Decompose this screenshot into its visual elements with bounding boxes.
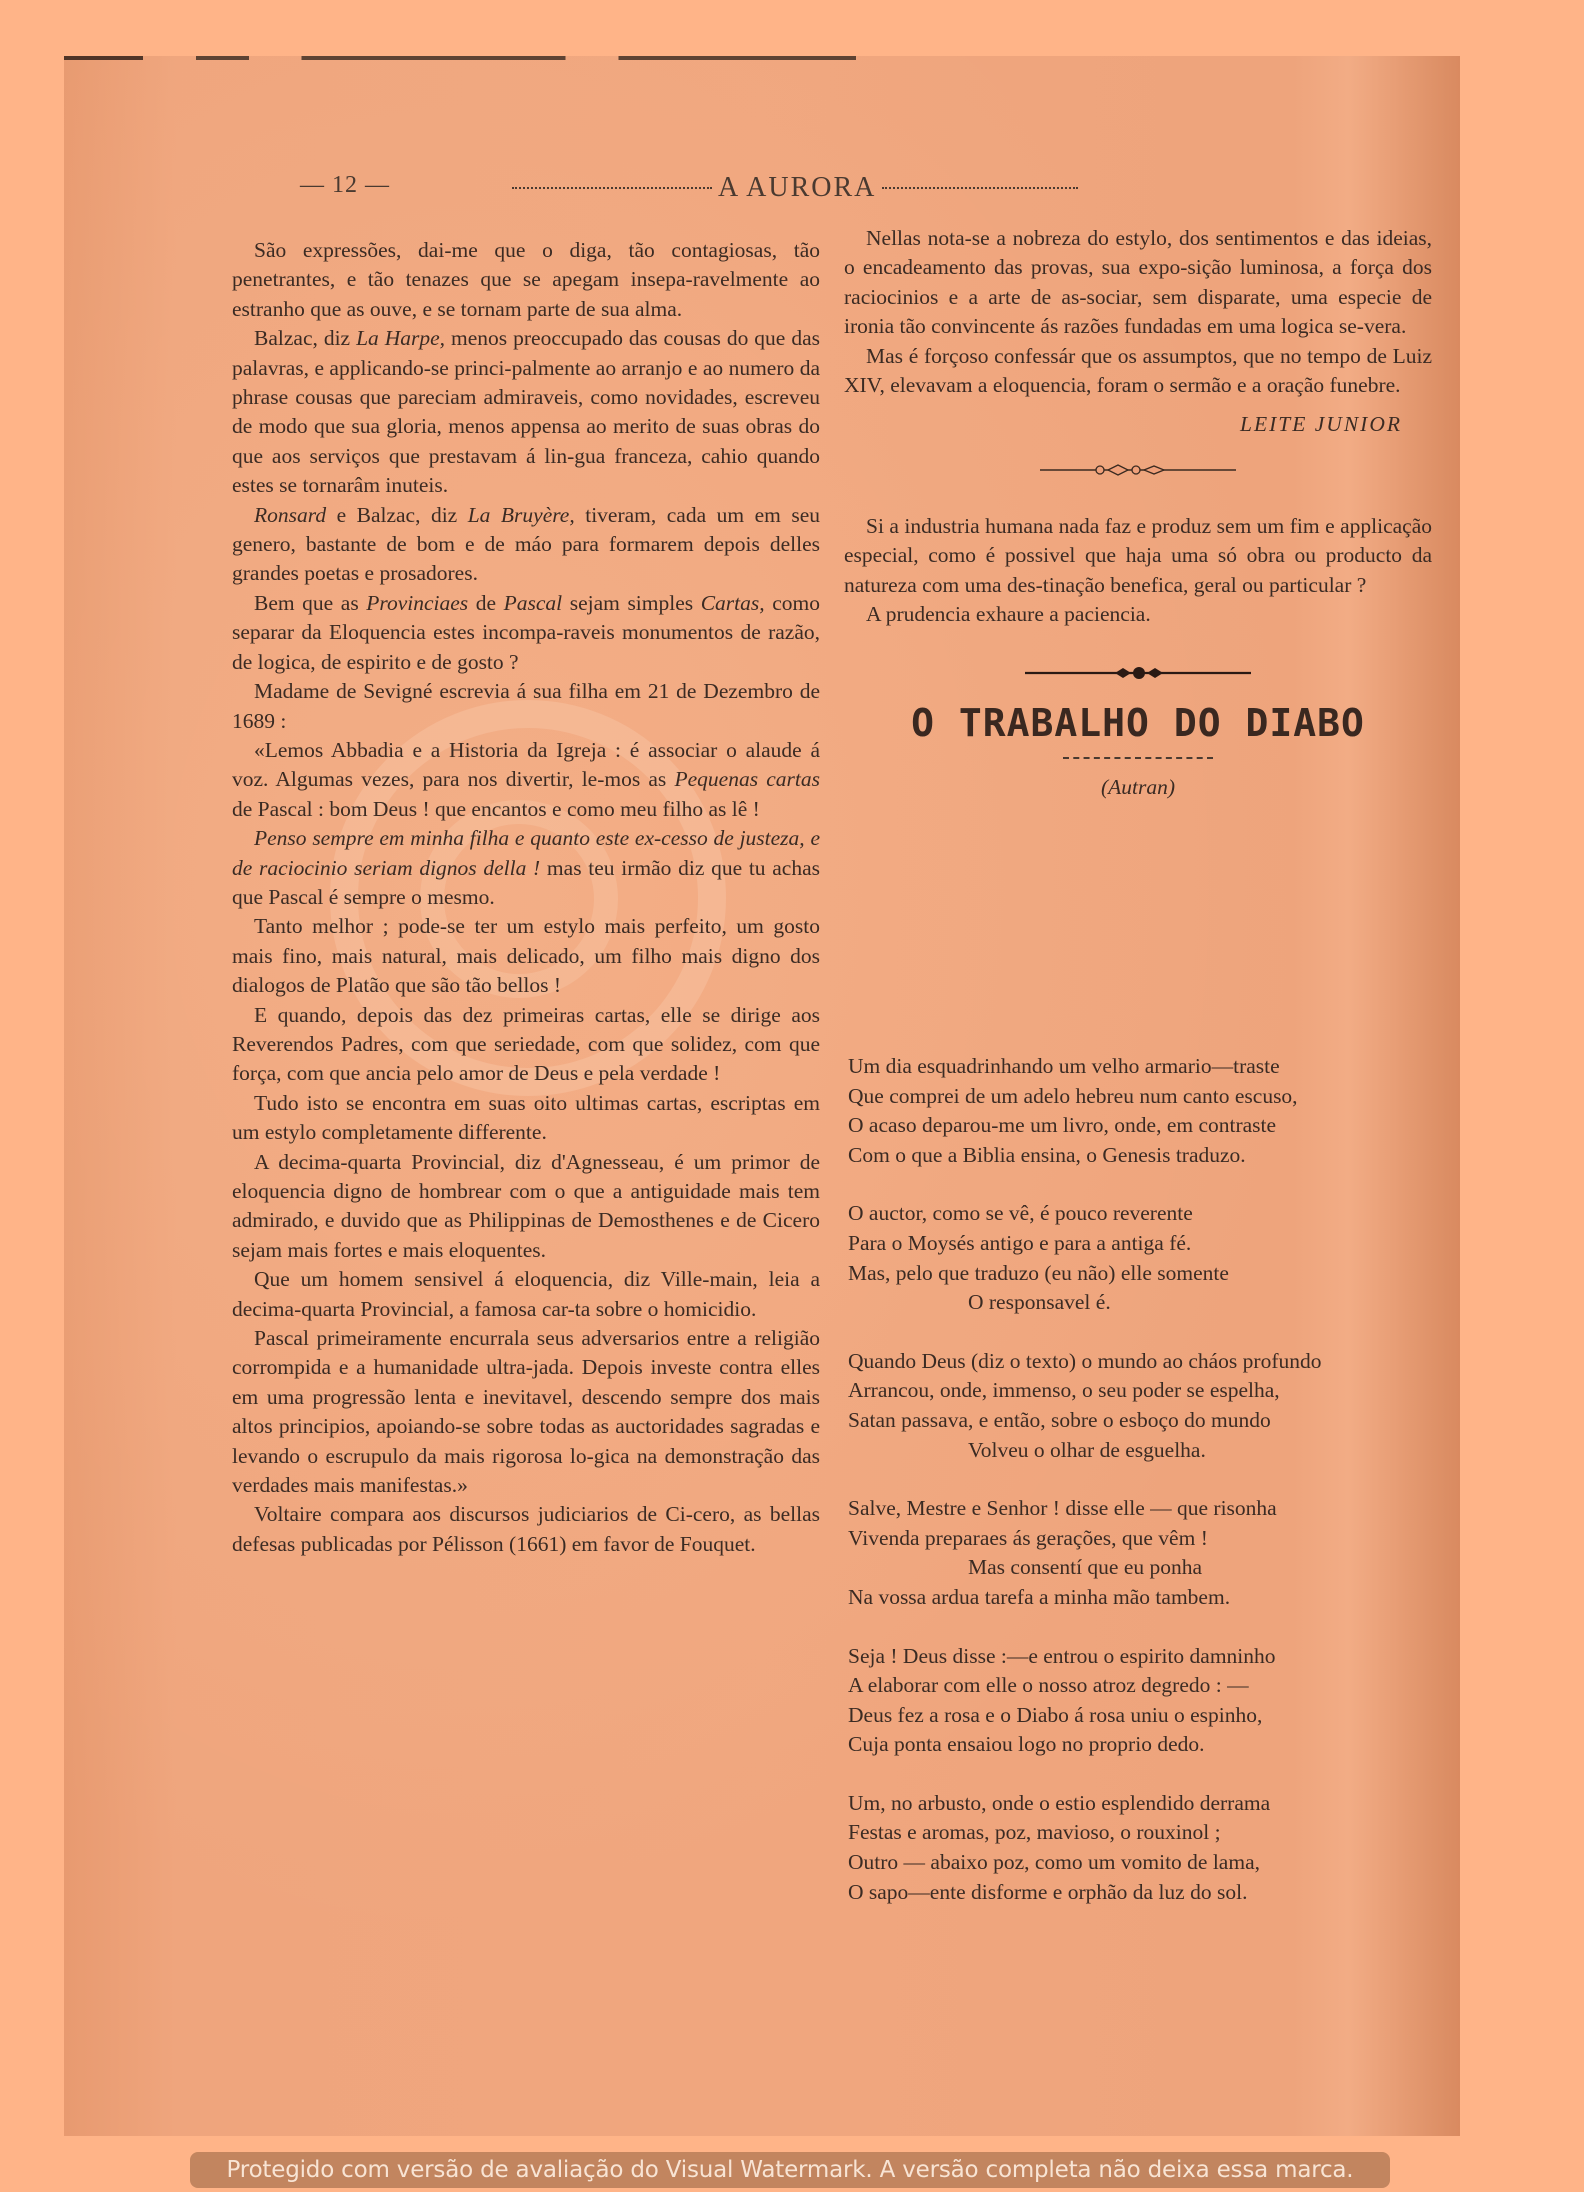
left-column-paragraph: Ronsard e Balzac, diz La Bruyère, tivera…: [232, 501, 820, 589]
left-column-paragraph: «Lemos Abbadia e a Historia da Igreja : …: [232, 736, 820, 824]
poem-line: Arrancou, onde, immenso, o seu poder se …: [848, 1376, 1448, 1406]
poem-line: Seja ! Deus disse :—e entrou o espirito …: [848, 1642, 1448, 1672]
poem-title-rule: [1063, 757, 1213, 759]
left-column-paragraph: Tudo isto se encontra em suas oito ultim…: [232, 1089, 820, 1148]
ornament-divider-icon: [1038, 462, 1238, 478]
poem-line: Outro — abaixo poz, como um vomito de la…: [848, 1848, 1448, 1878]
maxim-paragraph: A prudencia exhaure a paciencia.: [844, 600, 1432, 629]
poem-title: O TRABALHO DO DIABO: [844, 709, 1432, 738]
page-header: — 12 — A AURORA: [300, 172, 1140, 202]
poem-stanza: Seja ! Deus disse :—e entrou o espirito …: [848, 1642, 1448, 1760]
poem-line: Quando Deus (diz o texto) o mundo ao chá…: [848, 1347, 1448, 1377]
left-column-paragraph: A decima-quarta Provincial, diz d'Agness…: [232, 1148, 820, 1266]
poem-line: O sapo—ente disforme e orphão da luz do …: [848, 1878, 1448, 1908]
right-column: Nellas nota-se a nobreza do estylo, dos …: [844, 224, 1432, 802]
poem-line: O auctor, como se vê, é pouco reverente: [848, 1199, 1448, 1229]
poem-line: Que comprei de um adelo hebreu num canto…: [848, 1082, 1448, 1112]
masthead-rule-left: [512, 187, 712, 189]
poem-stanza: O auctor, como se vê, é pouco reverenteP…: [848, 1199, 1448, 1317]
poem-line: Na vossa ardua tarefa a minha mão tambem…: [848, 1583, 1448, 1613]
poem-line: Um dia esquadrinhando um velho armario—t…: [848, 1052, 1448, 1082]
left-column: São expressões, dai-me que o diga, tão c…: [232, 236, 820, 1559]
essay-conclusion: Nellas nota-se a nobreza do estylo, dos …: [844, 224, 1432, 400]
poem-line: Vivenda preparaes ás gerações, que vêm !: [848, 1524, 1448, 1554]
maxim-paragraph: Si a industria humana nada faz e produz …: [844, 512, 1432, 600]
poem-author: (Autran): [844, 773, 1432, 802]
poem-line: Satan passava, e então, sobre o esboço d…: [848, 1406, 1448, 1436]
poem-line: Cuja ponta ensaiou logo no proprio dedo.: [848, 1730, 1448, 1760]
left-column-paragraph: E quando, depois das dez primeiras carta…: [232, 1001, 820, 1089]
ornament-divider-icon: [1023, 665, 1253, 681]
poem-line: O responsavel é.: [848, 1288, 1448, 1318]
poem-line: Volveu o olhar de esguelha.: [848, 1436, 1448, 1466]
maxim: Si a industria humana nada faz e produz …: [844, 512, 1432, 630]
poem-line: Mas consentí que eu ponha: [848, 1553, 1448, 1583]
left-column-paragraph: Tanto melhor ; pode-se ter um estylo mai…: [232, 912, 820, 1000]
poem-line: Mas, pelo que traduzo (eu não) elle some…: [848, 1259, 1448, 1289]
right-column-paragraph: Mas é forçoso confessár que os assumptos…: [844, 342, 1432, 401]
poem-line: Deus fez a rosa e o Diabo á rosa uniu o …: [848, 1701, 1448, 1731]
author-signature: LEITE JUNIOR: [844, 410, 1432, 439]
poem-line: Um, no arbusto, onde o estio esplendido …: [848, 1789, 1448, 1819]
poem-line: Salve, Mestre e Senhor ! disse elle — qu…: [848, 1494, 1448, 1524]
poem-line: A elaborar com elle o nosso atroz degred…: [848, 1671, 1448, 1701]
masthead: A AURORA: [512, 172, 1078, 204]
poem-stanza: Salve, Mestre e Senhor ! disse elle — qu…: [848, 1494, 1448, 1612]
left-column-paragraph: Pascal primeiramente encurrala seus adve…: [232, 1324, 820, 1500]
right-column-paragraph: Nellas nota-se a nobreza do estylo, dos …: [844, 224, 1432, 342]
poem-line: O acaso deparou-me um livro, onde, em co…: [848, 1111, 1448, 1141]
left-column-paragraph: Voltaire compara aos discursos judiciari…: [232, 1500, 820, 1559]
poem-line: Para o Moysés antigo e para a antiga fé.: [848, 1229, 1448, 1259]
poem-stanza: Um dia esquadrinhando um velho armario—t…: [848, 1052, 1448, 1170]
left-column-paragraph: São expressões, dai-me que o diga, tão c…: [232, 236, 820, 324]
left-column-paragraph: Que um homem sensivel á eloquencia, diz …: [232, 1265, 820, 1324]
poem-stanza: Quando Deus (diz o texto) o mundo ao chá…: [848, 1347, 1448, 1465]
publication-title: A AURORA: [718, 172, 876, 204]
page-top-edge: [64, 56, 1384, 60]
left-column-paragraph: Bem que as Provinciaes de Pascal sejam s…: [232, 589, 820, 677]
page-number: — 12 —: [300, 172, 390, 199]
poem-stanza: Um, no arbusto, onde o estio esplendido …: [848, 1789, 1448, 1907]
evaluation-watermark-banner: Protegido com versão de avaliação do Vis…: [190, 2152, 1390, 2188]
poem-line: Com o que a Biblia ensina, o Genesis tra…: [848, 1141, 1448, 1171]
left-column-paragraph: Balzac, diz La Harpe, menos preoccupado …: [232, 324, 820, 500]
left-column-paragraph: Madame de Sevigné escrevia á sua filha e…: [232, 677, 820, 736]
poem-body: Um dia esquadrinhando um velho armario—t…: [848, 1052, 1448, 1936]
left-column-paragraph: Penso sempre em minha filha e quanto est…: [232, 824, 820, 912]
masthead-rule-right: [882, 187, 1078, 189]
poem-line: Festas e aromas, poz, mavioso, o rouxino…: [848, 1818, 1448, 1848]
